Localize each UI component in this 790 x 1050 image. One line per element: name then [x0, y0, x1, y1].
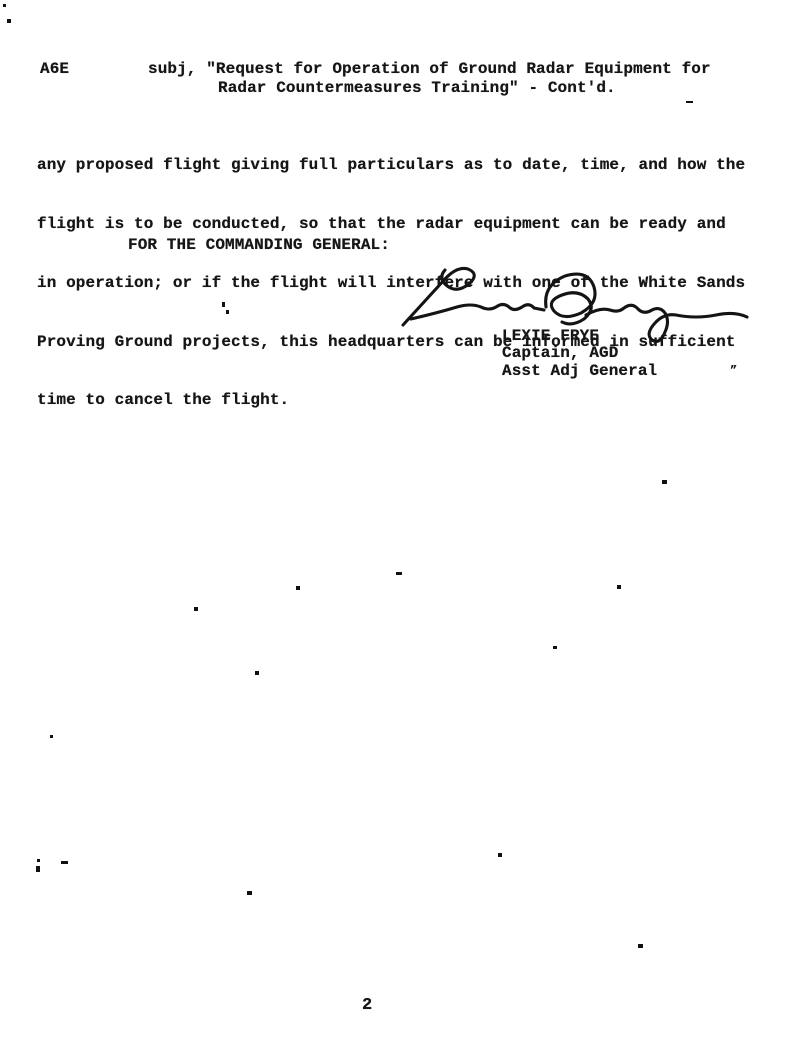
subject-line-1: subj, "Request for Operation of Ground R…	[148, 60, 711, 80]
ink-speck	[3, 4, 6, 7]
page-number: 2	[362, 996, 372, 1016]
ink-speck	[222, 302, 225, 307]
ink-speck	[686, 101, 693, 103]
document-page: A6E subj, "Request for Operation of Grou…	[0, 0, 790, 1050]
ink-speck	[226, 310, 229, 314]
ink-speck	[61, 861, 68, 864]
ink-speck	[296, 586, 300, 590]
ink-speck	[247, 891, 252, 895]
body-line: flight is to be conducted, so that the r…	[37, 215, 745, 235]
signatory-title: Asst Adj General	[502, 362, 657, 382]
ink-speck	[553, 646, 557, 649]
ink-speck	[255, 671, 259, 675]
subject-line-2: Radar Countermeasures Training" - Cont'd…	[218, 79, 616, 99]
body-line: time to cancel the flight.	[37, 391, 745, 411]
ink-speck	[36, 866, 40, 872]
reference-code: A6E	[40, 60, 69, 80]
ink-speck	[396, 572, 402, 575]
ink-speck	[194, 607, 198, 611]
ink-speck	[498, 853, 502, 857]
ink-speck	[7, 19, 11, 23]
ink-speck	[37, 859, 40, 862]
ink-speck	[50, 735, 53, 738]
stray-quote-mark: ”	[730, 362, 737, 382]
signatory-rank: Captain, AGD	[502, 344, 618, 364]
closing-salutation: FOR THE COMMANDING GENERAL:	[128, 236, 390, 256]
ink-speck	[662, 480, 667, 484]
ink-speck	[638, 944, 643, 948]
ink-speck	[617, 585, 621, 589]
body-line: any proposed flight giving full particul…	[37, 156, 745, 176]
